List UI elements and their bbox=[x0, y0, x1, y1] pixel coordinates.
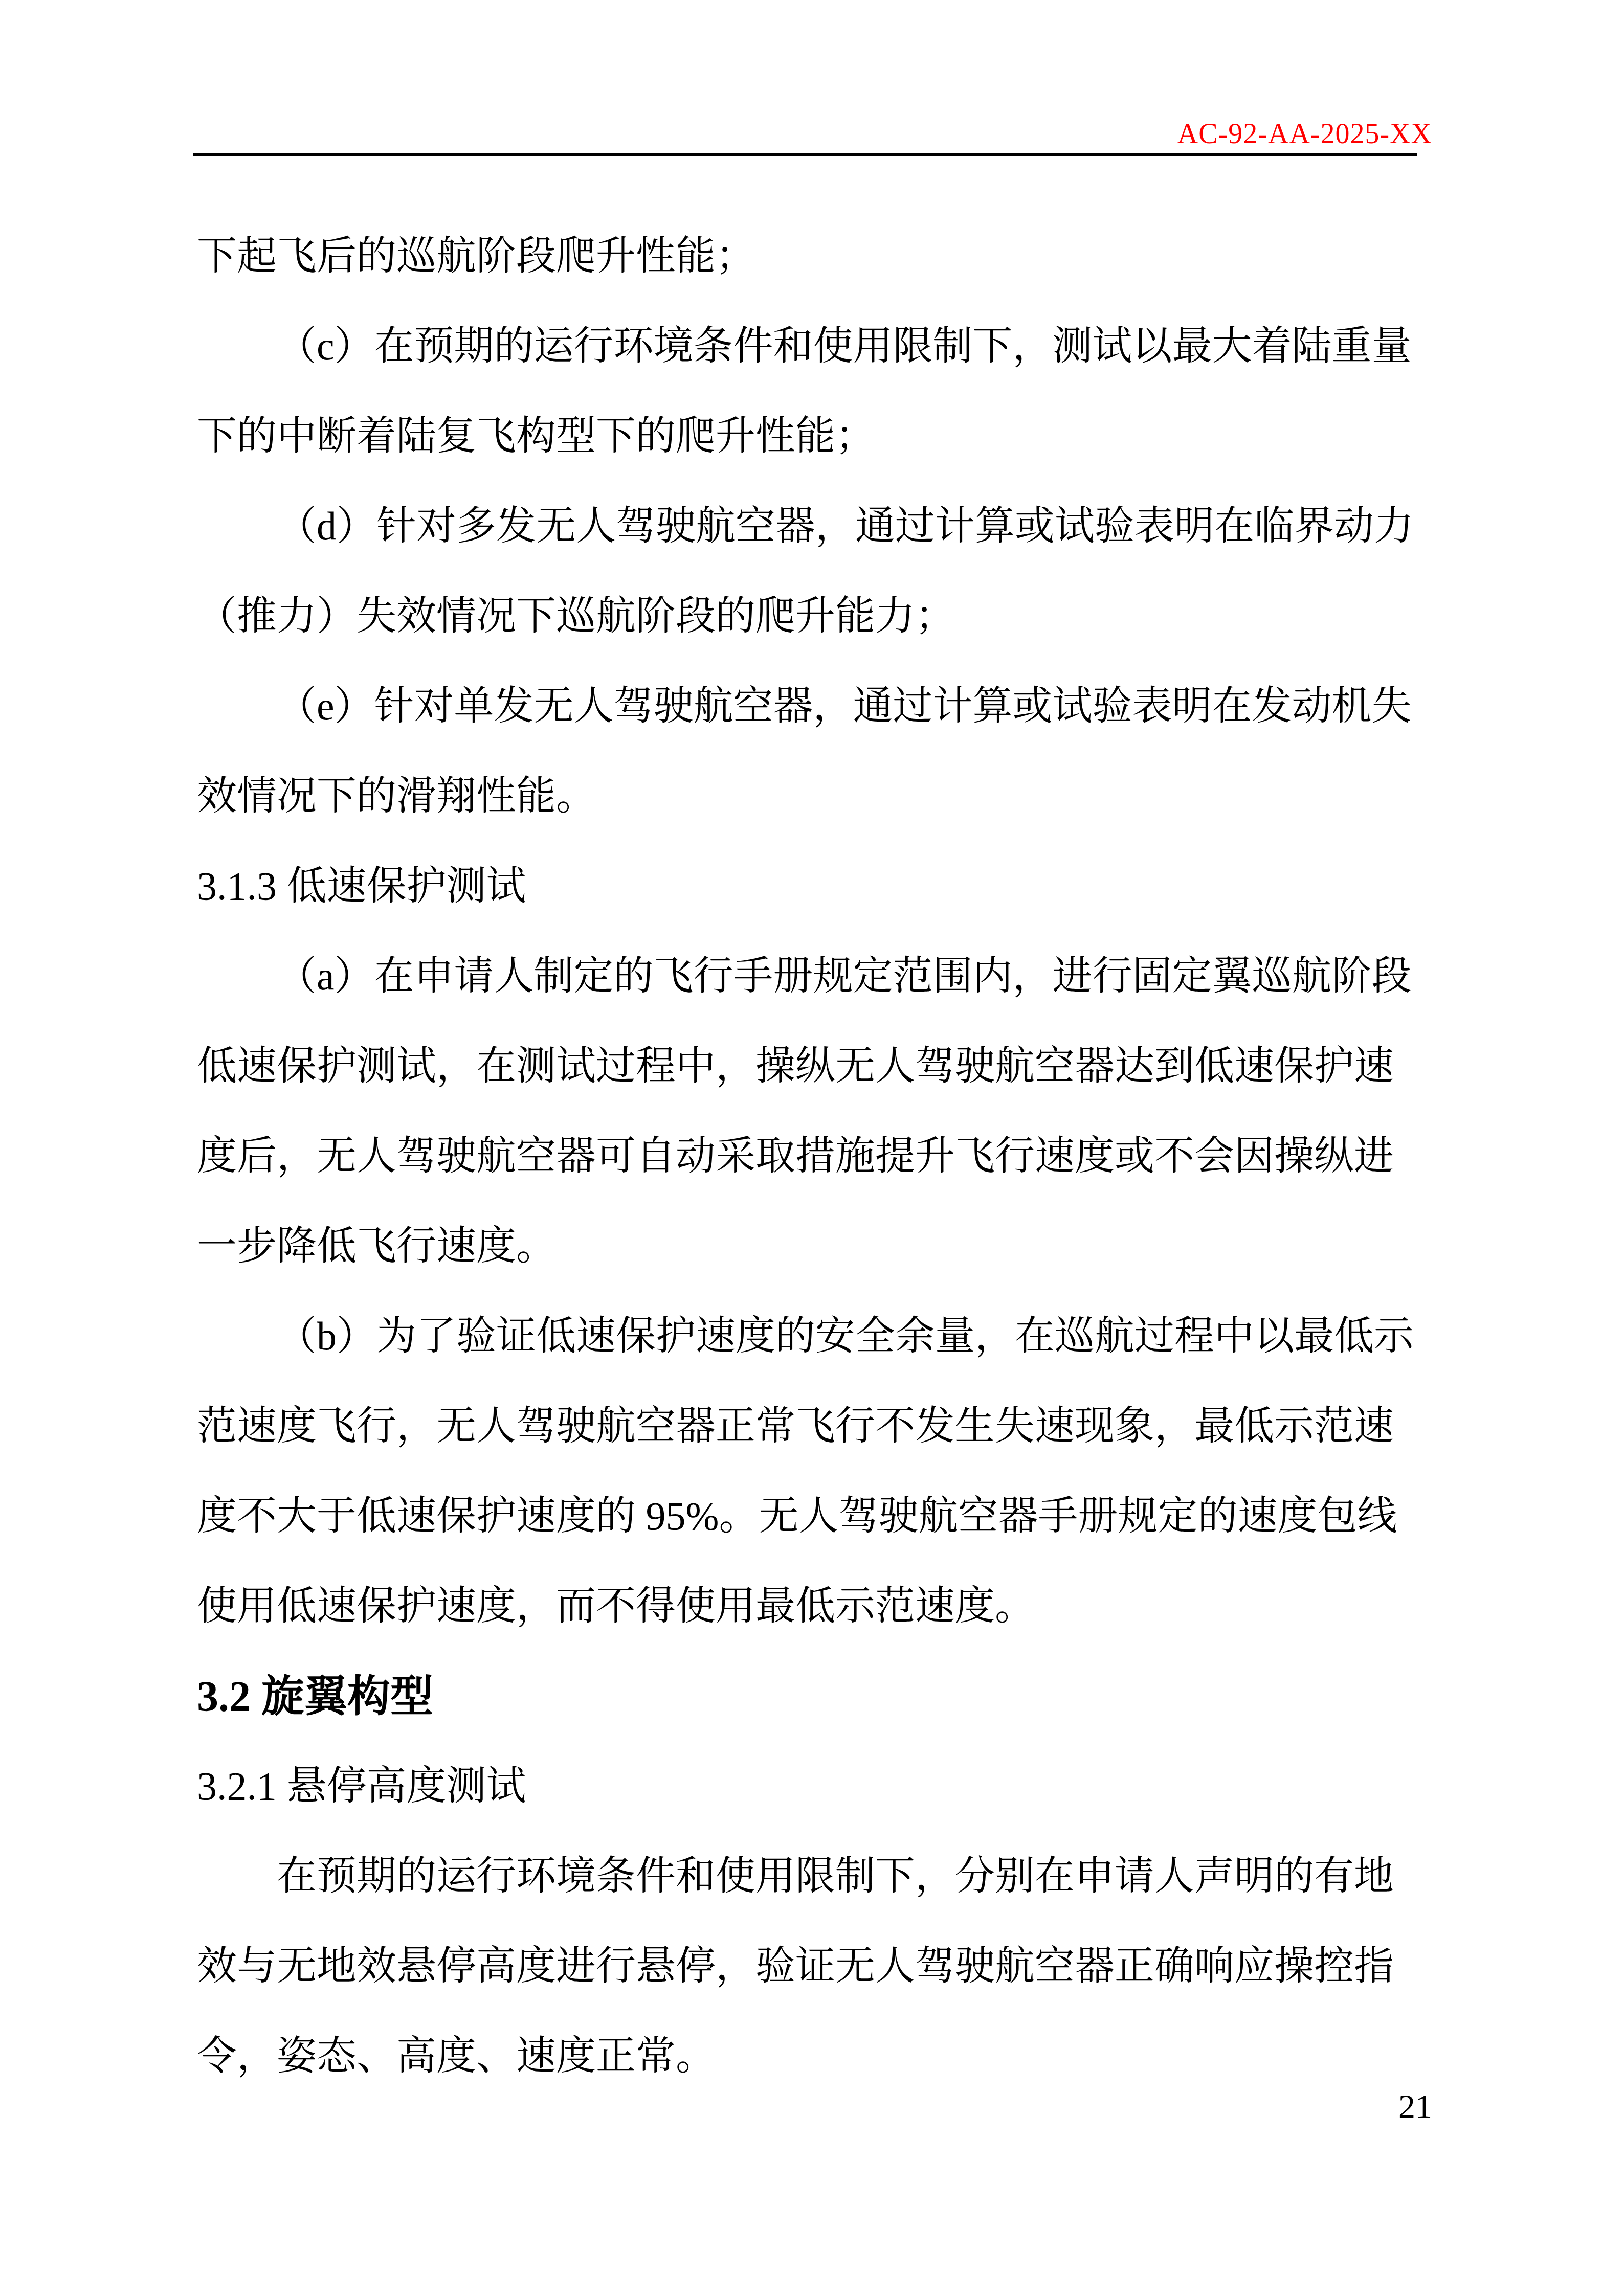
document-body: 下起飞后的巡航阶段爬升性能；（c）在预期的运行环境条件和使用限制下，测试以最大着… bbox=[197, 208, 1432, 2098]
header-rule bbox=[193, 153, 1417, 156]
text-line: 度不大于低速保护速度的 95%。无人驾驶航空器手册规定的速度包线 bbox=[197, 1468, 1432, 1558]
text-line: 下的中断着陆复飞构型下的爬升性能； bbox=[197, 388, 1432, 478]
subsection-heading: 3.2.1 悬停高度测试 bbox=[197, 1738, 1432, 1828]
text-line: 效与无地效悬停高度进行悬停，验证无人驾驶航空器正确响应操控指 bbox=[197, 1918, 1432, 2008]
text-line: 在预期的运行环境条件和使用限制下，分别在申请人声明的有地 bbox=[197, 1828, 1432, 1918]
text-line: （e）针对单发无人驾驶航空器，通过计算或试验表明在发动机失 bbox=[197, 658, 1432, 748]
text-line: 下起飞后的巡航阶段爬升性能； bbox=[197, 208, 1432, 298]
text-line: 令，姿态、高度、速度正常。 bbox=[197, 2008, 1432, 2098]
text-line: （d）针对多发无人驾驶航空器，通过计算或试验表明在临界动力 bbox=[197, 478, 1432, 568]
section-heading: 3.2 旋翼构型 bbox=[197, 1648, 1432, 1738]
text-line: 范速度飞行，无人驾驶航空器正常飞行不发生失速现象，最低示范速 bbox=[197, 1378, 1432, 1468]
text-line: （c）在预期的运行环境条件和使用限制下，测试以最大着陆重量 bbox=[197, 298, 1432, 388]
text-line: 使用低速保护速度，而不得使用最低示范速度。 bbox=[197, 1558, 1432, 1648]
text-line: （b）为了验证低速保护速度的安全余量，在巡航过程中以最低示 bbox=[197, 1288, 1432, 1378]
document-page: AC-92-AA-2025-XX 下起飞后的巡航阶段爬升性能；（c）在预期的运行… bbox=[0, 0, 1624, 2296]
text-line: （a）在申请人制定的飞行手册规定范围内，进行固定翼巡航阶段 bbox=[197, 928, 1432, 1018]
header-doc-number: AC-92-AA-2025-XX bbox=[197, 115, 1432, 153]
page-number: 21 bbox=[197, 2085, 1439, 2128]
text-line: 一步降低飞行速度。 bbox=[197, 1198, 1432, 1288]
text-line: 度后，无人驾驶航空器可自动采取措施提升飞行速度或不会因操纵进 bbox=[197, 1108, 1432, 1198]
text-line: 效情况下的滑翔性能。 bbox=[197, 748, 1432, 838]
text-line: （推力）失效情况下巡航阶段的爬升能力； bbox=[197, 568, 1432, 658]
subsection-heading: 3.1.3 低速保护测试 bbox=[197, 838, 1432, 928]
text-line: 低速保护测试，在测试过程中，操纵无人驾驶航空器达到低速保护速 bbox=[197, 1018, 1432, 1108]
